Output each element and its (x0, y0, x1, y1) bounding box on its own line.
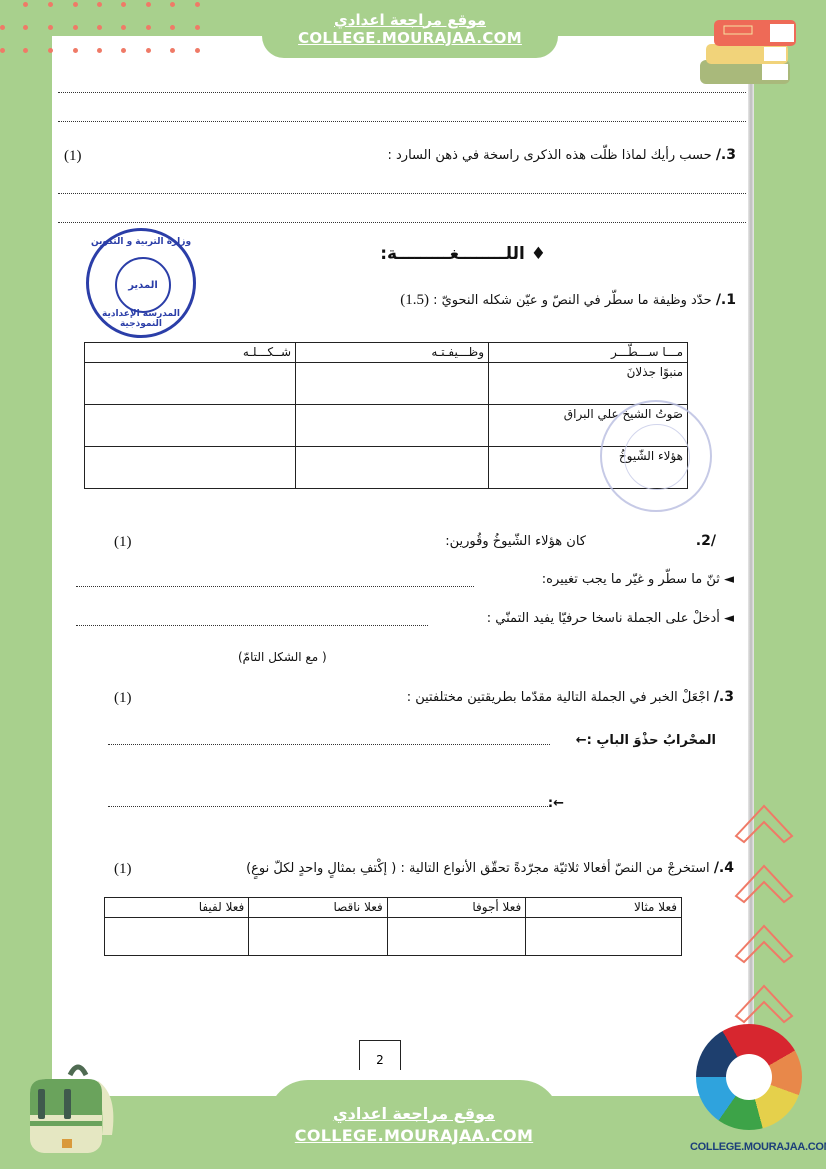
second-prompt: ←: (548, 796, 564, 811)
question-4-language: 4./ استخرجْ من النصّ أفعالا ثلاثيّة مجرّ… (246, 860, 734, 876)
page-number: 2 (359, 1040, 401, 1070)
question-2-sentence: كان هؤلاء الشّيوخُ وقُورين: (445, 534, 586, 549)
education-ring-logo (696, 1024, 802, 1130)
question-3-language: 3./ اجْعَلْ الخبر في الجملة التالية مقدّ… (407, 689, 734, 705)
answer-line[interactable] (108, 806, 550, 807)
table-row: هؤلاء الشّيوخُ (85, 447, 688, 489)
answer-cell[interactable] (526, 918, 682, 956)
faded-stamp (600, 400, 712, 512)
chevron-up-icon (734, 912, 794, 970)
answer-cell[interactable] (105, 918, 249, 956)
verb-types-table: فعلا مثالا فعلا أجوفا فعلا ناقصا فعلا لف… (104, 897, 682, 956)
answer-cell[interactable] (249, 918, 387, 956)
official-stamp: وزارة التربية و التكوين المدير المدرسة ا… (86, 228, 196, 338)
answer-cell[interactable] (85, 447, 296, 489)
points-label: (1) (64, 148, 82, 165)
example-sentence: المحْرابُ حذْوَ البابِ :← (576, 733, 716, 748)
column-header: فعلا أجوفا (387, 898, 525, 918)
question-3-comprehension: 3./ حسب رأيك لماذا ظلّت هذه الذكرى راسخة… (387, 147, 736, 163)
decorative-dots (0, 0, 200, 60)
column-header: فعلا ناقصا (249, 898, 387, 918)
banner-arabic-title[interactable]: موقع مراجعة اعدادي (333, 1103, 495, 1125)
column-header: شــكـــلـه (85, 343, 296, 363)
underlined-function-table: مـــا ســـطّـــر وظـــيفـتـه شــكـــلـه … (84, 342, 688, 489)
full-vowelization-note: ( مع الشكل التامّ) (238, 650, 327, 664)
table-row: صَوتُ الشيخ علي البراق (85, 405, 688, 447)
answer-line[interactable] (76, 625, 428, 626)
answer-line[interactable] (76, 586, 474, 587)
answer-cell[interactable] (296, 405, 489, 447)
chevron-up-icon (734, 792, 794, 850)
footer-banner: موقع مراجعة اعدادي COLLEGE.MOURAJAA.COM (268, 1080, 560, 1169)
banner-arabic-title[interactable]: موقع مراجعة اعدادي (334, 12, 486, 29)
answer-cell[interactable] (296, 447, 489, 489)
table-row: منبوًا جذلانَ (85, 363, 688, 405)
column-header: فعلا مثالا (526, 898, 682, 918)
points-label: (1) (114, 690, 132, 707)
section-title-language: ♦ اللــــــــغـــــــــة: (380, 244, 546, 264)
logo-site-text[interactable]: COLLEGE.MOURAJAA.COM (690, 1141, 820, 1153)
answer-cell[interactable] (387, 918, 525, 956)
column-header: فعلا لفيفا (105, 898, 249, 918)
backpack-icon (18, 1055, 118, 1155)
chevron-up-icon (734, 972, 794, 1030)
question-2-number: /2. (696, 533, 716, 549)
column-header: مـــا ســـطّـــر (489, 343, 688, 363)
points-label: (1) (114, 534, 132, 551)
answer-cell[interactable] (296, 363, 489, 405)
question-1-language: 1./ حدّد وظيفة ما سطّر في النصّ و عيّن ش… (400, 292, 736, 309)
answer-line[interactable] (58, 92, 746, 93)
books-stack-icon (692, 10, 802, 90)
answer-cell[interactable] (85, 405, 296, 447)
answer-line[interactable] (108, 744, 550, 745)
banner-site-link[interactable]: COLLEGE.MOURAJAA.COM (295, 1125, 533, 1147)
answer-line[interactable] (58, 193, 746, 194)
table-row (105, 918, 682, 956)
column-header: وظـــيفـتـه (296, 343, 489, 363)
task-add-particle: ◄ أدخلْ على الجملة ناسخا حرفيّا يفيد الت… (487, 611, 734, 626)
banner-site-link[interactable]: COLLEGE.MOURAJAA.COM (298, 29, 522, 47)
points-label: (1) (114, 861, 132, 878)
answer-cell[interactable] (85, 363, 296, 405)
chevron-up-icon (734, 852, 794, 910)
header-banner: موقع مراجعة اعدادي COLLEGE.MOURAJAA.COM (262, 0, 558, 58)
answer-line[interactable] (58, 121, 746, 122)
answer-line[interactable] (58, 222, 746, 223)
task-dualize: ◄ ثنّ ما سطّر و غيّر ما يجب تغييره: (542, 572, 734, 587)
